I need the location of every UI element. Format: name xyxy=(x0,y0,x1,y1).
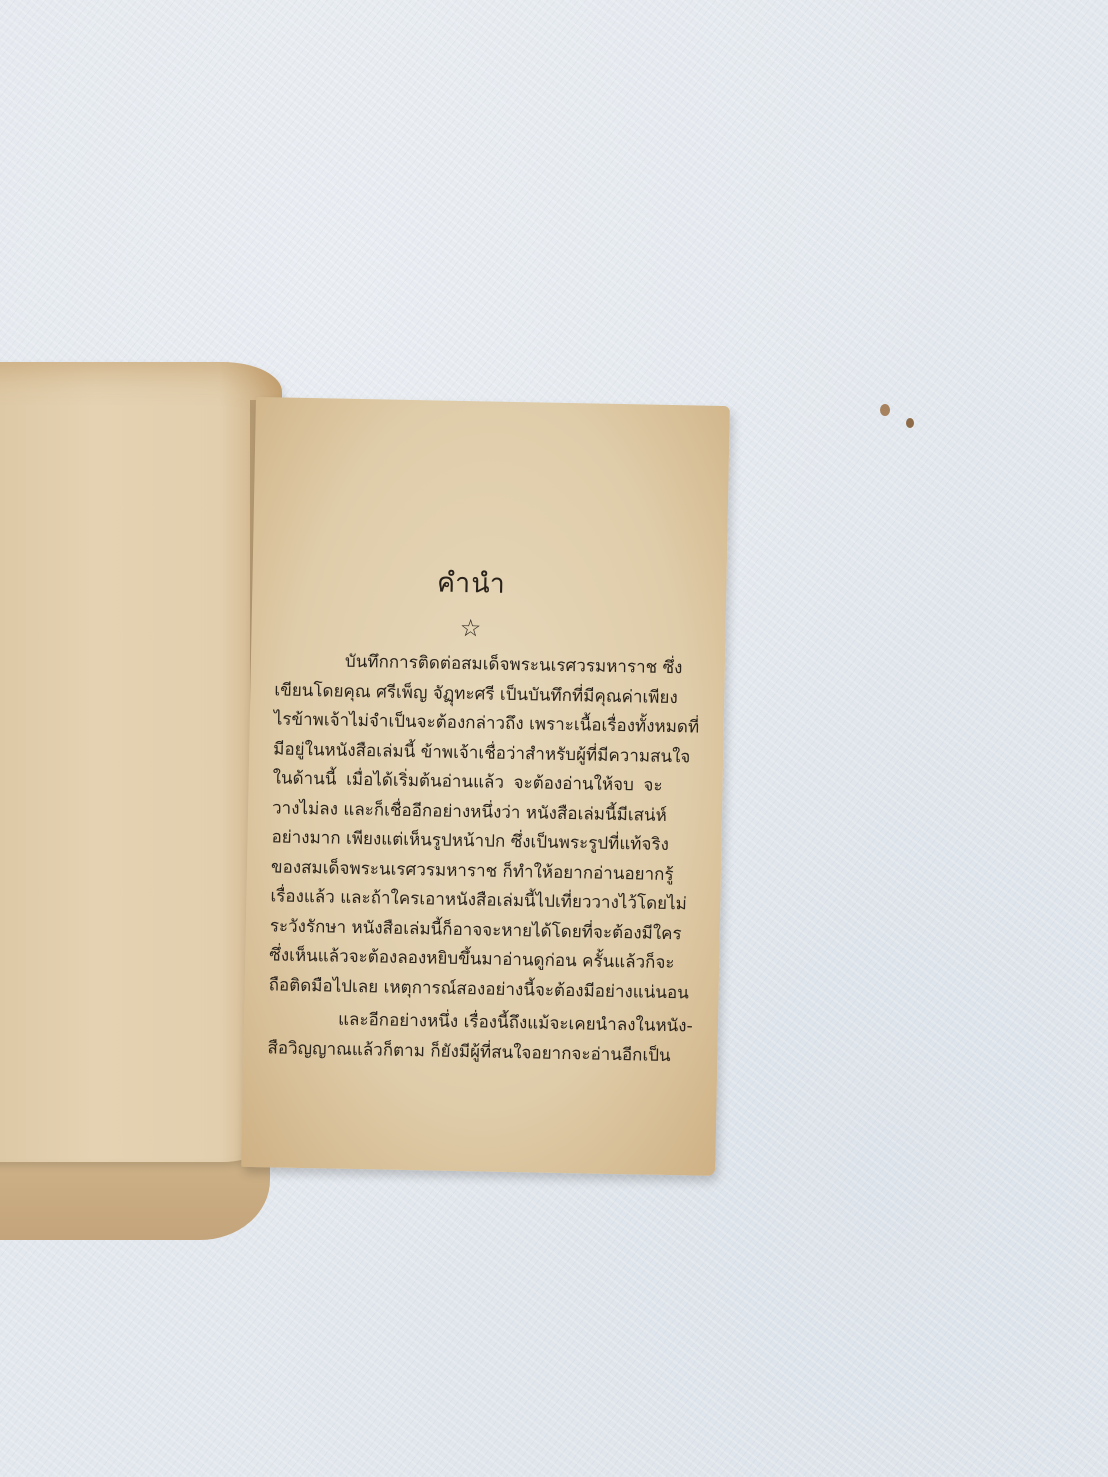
page-title: คำนำ xyxy=(276,557,667,607)
right-page: คำนำ ☆ บันทึกการติดต่อสมเด็จพระนเรศวรมหา… xyxy=(241,397,730,1176)
page-content: คำนำ ☆ บันทึกการติดต่อสมเด็จพระนเรศวรมหา… xyxy=(267,557,667,1070)
debris-speck xyxy=(906,418,914,428)
left-page-blank xyxy=(0,362,282,1162)
paragraph-2: และอีกอย่างหนึ่ง เรื่องนี้ถึงแม้จะเคยนำล… xyxy=(267,1004,658,1070)
paragraph-1: บันทึกการติดต่อสมเด็จพระนเรศวรมหาราช ซึ่… xyxy=(268,646,665,1007)
debris-speck xyxy=(880,404,890,416)
star-ornament-icon: ☆ xyxy=(275,610,665,645)
